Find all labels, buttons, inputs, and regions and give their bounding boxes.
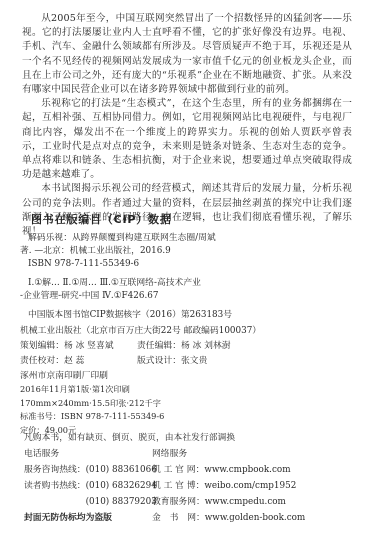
format-size: 170mm×240mm·15.5印张·212千字 <box>20 397 164 411</box>
web-service-heading: 网络服务 <box>152 446 187 462</box>
publisher-info: 机械工业出版社（北京市百万庄大街22号 邮政编码100037） 策划编辑：杨 冰… <box>20 324 261 384</box>
consult-hotline: 服务咨询热线：(010) 88361066 <box>24 462 152 478</box>
standard-isbn: 标准书号：ISBN 978-7-111-55349-6 <box>20 410 164 424</box>
cip-title: 图书在版编目（CIP）数据 <box>31 211 172 227</box>
purchase-hotline: 读者购书热线：(010) 68326294 <box>24 478 152 494</box>
preface-paragraph-2: 乐视称它的打法是“生态模式”，在这个生态里，所有的业务都捆绑在一起，互相补强、互… <box>22 97 352 182</box>
official-website: 机 工 官 网：www.cmpbook.com <box>152 462 291 478</box>
publisher-address: 机械工业出版社（北京市百万庄大街22号 邮政编码100037） <box>20 324 261 339</box>
cip-data: 解码乐视：从跨界颠覆到构建互联网生态圈/周斌 著. —北京：机械工业出版社，20… <box>20 232 240 322</box>
printer: 涿州市京南印刷厂印刷 <box>20 369 261 384</box>
cip-title-author: 解码乐视：从跨界颠覆到构建互联网生态圈/周斌 <box>20 232 240 245</box>
cip-isbn: ISBN 978-7-111-55349-6 <box>20 258 240 271</box>
edition: 2016年11月第1版·第1次印刷 <box>20 383 164 397</box>
official-weibo: 机 工 官 博：weibo.com/cmp1952 <box>152 478 296 494</box>
preface: 从2005年至今，中国互联网突然冒出了一个招数怪异的凶猛剑客——乐视。它的打法屡… <box>22 12 352 239</box>
anti-counterfeit-notice: 封面无防伪标均为盗版 <box>24 510 152 526</box>
planning-editor: 策划编辑：杨 冰 竖喜斌 <box>20 339 137 354</box>
service-row: (010) 88379203 教育服务网：www.cmpedu.com <box>24 494 305 510</box>
preface-paragraph-1: 从2005年至今，中国互联网突然冒出了一个招数怪异的凶猛剑客——乐视。它的打法屡… <box>22 12 352 97</box>
service-row: 服务咨询热线：(010) 88361066 机 工 官 网：www.cmpboo… <box>24 462 305 478</box>
cip-library-number: 中国版本图书馆CIP数据核字（2016）第263183号 <box>20 309 240 322</box>
purchase-hotline-2: (010) 88379203 <box>24 494 152 510</box>
education-website: 教育服务网：www.cmpedu.com <box>152 494 286 510</box>
phone-service-heading: 电话服务 <box>24 446 152 462</box>
cip-publication: 著. —北京：机械工业出版社，2016.9 <box>20 245 240 258</box>
cip-classification-1: Ⅰ.①解… Ⅱ.①周… Ⅲ.①互联网络-高技术产业 <box>20 277 240 290</box>
service-row: 封面无防伪标均为盗版 金 书 网：www.golden-book.com <box>24 510 305 526</box>
service-row: 读者购书热线：(010) 68326294 机 工 官 博：weibo.com/… <box>24 478 305 494</box>
layout-designer: 版式设计：张文贵 <box>137 354 207 369</box>
golden-book-website: 金 书 网：www.golden-book.com <box>152 510 305 526</box>
responsible-editor: 责任编辑：杨 冰 刘林澍 <box>137 339 231 354</box>
service-info: 凡购本书，如有缺页、倒页、脱页，由本社发行部调换 电话服务 网络服务 服务咨询热… <box>24 430 305 526</box>
cip-classification-2: -企业管理-研究-中国 Ⅳ.①F426.67 <box>20 290 240 303</box>
proofreader: 责任校对：赵 蕊 <box>20 354 137 369</box>
replacement-notice: 凡购本书，如有缺页、倒页、脱页，由本社发行部调换 <box>24 430 305 446</box>
